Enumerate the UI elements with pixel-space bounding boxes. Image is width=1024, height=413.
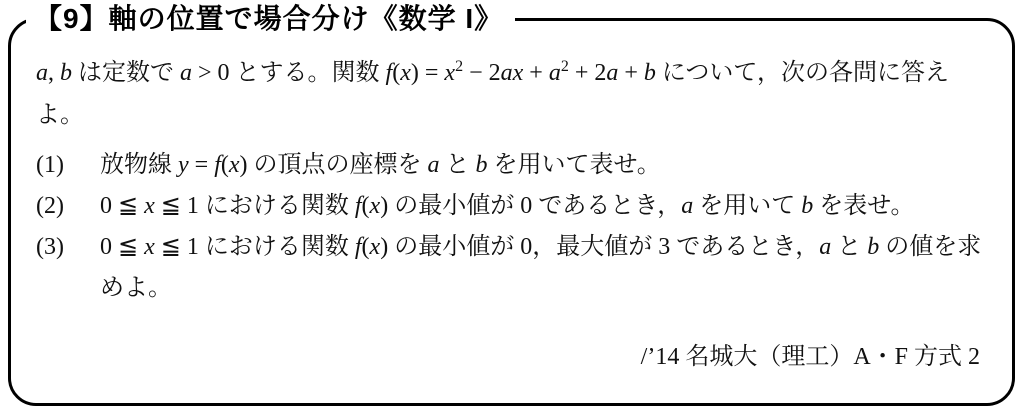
text-segment: ) の最小値が 0，最大値が 3 であるとき， bbox=[380, 234, 819, 260]
math-variable: b bbox=[867, 234, 879, 260]
math-exponent: 2 bbox=[561, 58, 569, 75]
math-variable: ax bbox=[501, 60, 524, 86]
problem-body: a, b は定数で a > 0 とする。関数 f(x) = x2 − 2ax +… bbox=[36, 52, 982, 377]
text-segment: ( bbox=[362, 234, 370, 260]
question-number: (3) bbox=[36, 227, 100, 268]
math-variable: x bbox=[370, 234, 381, 260]
math-variable: f bbox=[355, 234, 362, 260]
math-variable: a bbox=[180, 60, 192, 86]
question-item-3: (3) 0 ≦ x ≦ 1 における関数 f(x) の最小値が 0，最大値が 3… bbox=[36, 227, 982, 309]
math-variable: a bbox=[606, 60, 618, 86]
text-segment: + bbox=[523, 60, 549, 86]
math-variable: a bbox=[428, 152, 440, 178]
math-exponent: 2 bbox=[455, 58, 463, 75]
text-segment: ≦ 1 における関数 bbox=[155, 193, 355, 219]
text-segment: ) = bbox=[411, 60, 445, 86]
text-segment: 放物線 bbox=[100, 152, 178, 178]
math-variable: x bbox=[444, 60, 455, 86]
text-segment: と bbox=[440, 152, 476, 178]
text-segment: を表せ。 bbox=[813, 193, 914, 219]
text-segment: 0 ≦ bbox=[100, 234, 144, 260]
math-variable: f bbox=[355, 193, 362, 219]
math-variable: x bbox=[229, 152, 240, 178]
text-segment: は定数で bbox=[72, 60, 180, 86]
question-item-1: (1) 放物線 y = f(x) の頂点の座標を a と b を用いて表せ。 bbox=[36, 145, 982, 186]
text-segment: を用いて bbox=[693, 193, 801, 219]
text-segment: 0 ≦ bbox=[100, 193, 144, 219]
math-variable: b bbox=[801, 193, 813, 219]
math-variable: b bbox=[60, 60, 72, 86]
text-segment: + bbox=[618, 60, 644, 86]
math-variable: y bbox=[178, 152, 189, 178]
text-segment: ( bbox=[221, 152, 229, 178]
text-segment: , bbox=[48, 60, 60, 86]
math-variable: f bbox=[214, 152, 221, 178]
math-variable: x bbox=[370, 193, 381, 219]
question-text: 0 ≦ x ≦ 1 における関数 f(x) の最小値が 0 であるとき，a を用… bbox=[100, 186, 982, 227]
question-number: (2) bbox=[36, 186, 100, 227]
text-segment: ≦ 1 における関数 bbox=[155, 234, 355, 260]
text-segment: = bbox=[189, 152, 215, 178]
source-citation: /’14 名城大（理工）A・F 方式 2 bbox=[36, 337, 982, 377]
text-segment: ) の最小値が 0 であるとき， bbox=[380, 193, 681, 219]
question-number: (1) bbox=[36, 145, 100, 186]
question-text: 放物線 y = f(x) の頂点の座標を a と b を用いて表せ。 bbox=[100, 145, 982, 186]
math-variable: x bbox=[144, 234, 155, 260]
math-variable: x bbox=[400, 60, 411, 86]
math-variable: a bbox=[681, 193, 693, 219]
math-variable: x bbox=[144, 193, 155, 219]
problem-card-page: 【9】軸の位置で場合分け《数学 I》 a, b は定数で a > 0 とする。関… bbox=[0, 0, 1024, 413]
math-variable: a bbox=[36, 60, 48, 86]
text-segment: を用いて表せ。 bbox=[488, 152, 661, 178]
question-item-2: (2) 0 ≦ x ≦ 1 における関数 f(x) の最小値が 0 であるとき，… bbox=[36, 186, 982, 227]
math-variable: b bbox=[644, 60, 656, 86]
text-segment: ) の頂点の座標を bbox=[240, 152, 428, 178]
question-list: (1) 放物線 y = f(x) の頂点の座標を a と b を用いて表せ。 (… bbox=[36, 145, 982, 309]
math-variable: a bbox=[549, 60, 561, 86]
text-segment: − 2 bbox=[463, 60, 501, 86]
text-segment: と bbox=[831, 234, 867, 260]
problem-intro-text: a, b は定数で a > 0 とする。関数 f(x) = x2 − 2ax +… bbox=[36, 52, 978, 136]
text-segment: > 0 とする。関数 bbox=[192, 60, 386, 86]
text-segment: ( bbox=[362, 193, 370, 219]
math-variable: b bbox=[476, 152, 488, 178]
math-variable: a bbox=[819, 234, 831, 260]
question-text: 0 ≦ x ≦ 1 における関数 f(x) の最小値が 0，最大値が 3 である… bbox=[100, 227, 982, 309]
problem-title: 【9】軸の位置で場合分け《数学 I》 bbox=[26, 1, 515, 36]
text-segment: + 2 bbox=[569, 60, 607, 86]
